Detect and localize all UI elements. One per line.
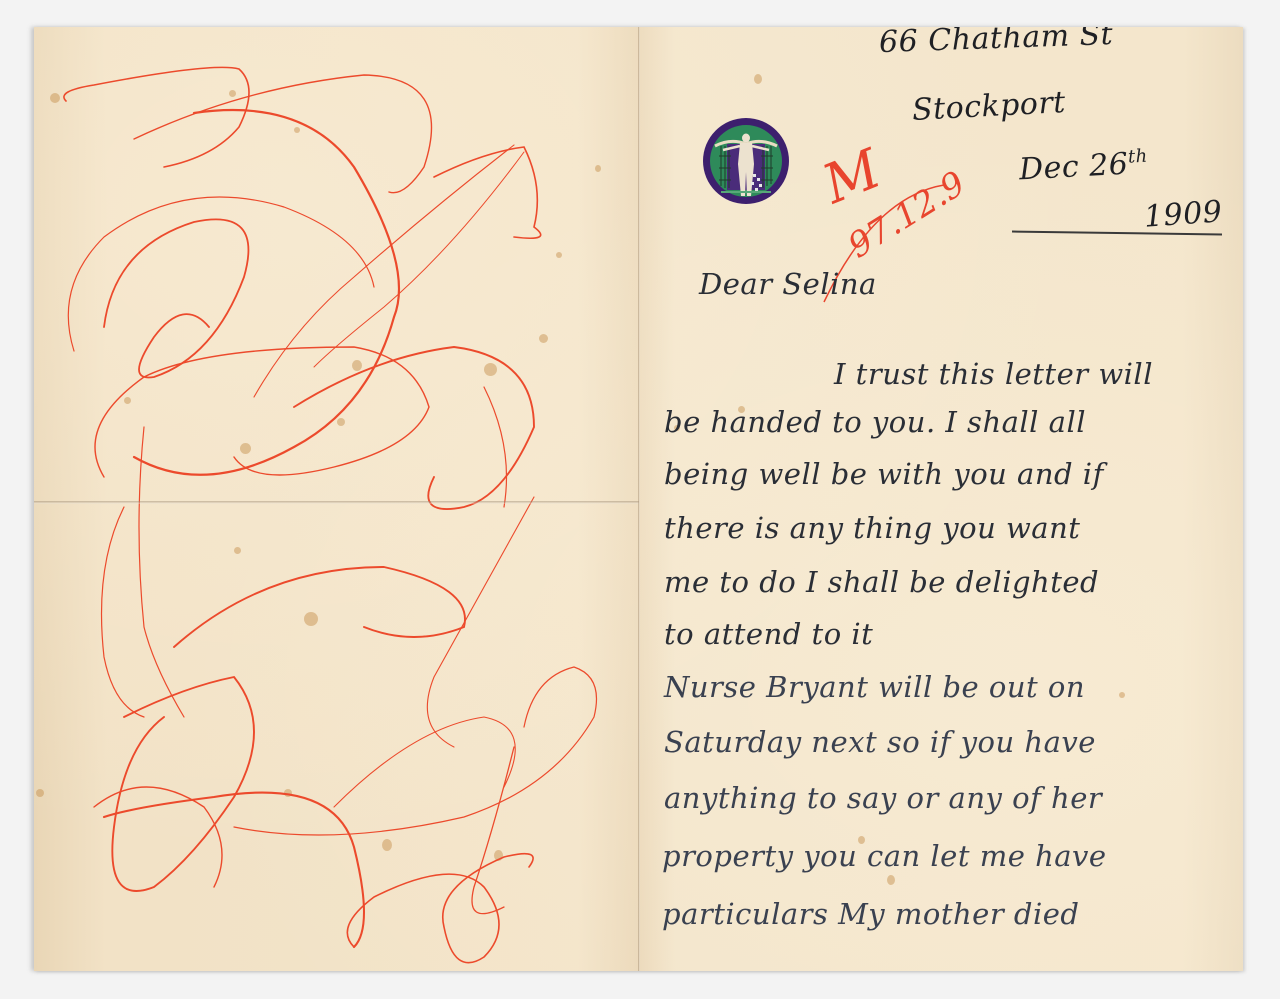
letter-date: Dec 26th bbox=[1018, 146, 1149, 188]
red-scribble-drawing bbox=[34, 27, 639, 971]
body-line: being well be with you and if bbox=[664, 457, 1104, 491]
body-line: to attend to it bbox=[664, 617, 873, 651]
left-page bbox=[34, 27, 639, 971]
letter-date-suffix: th bbox=[1127, 146, 1148, 168]
document-viewer: 66 Chatham St Stockport Dec 26th 1909 M … bbox=[0, 0, 1280, 999]
body-line: Nurse Bryant will be out on bbox=[664, 670, 1085, 704]
suffragette-emblem-icon bbox=[701, 116, 791, 206]
body-line: there is any thing you want bbox=[664, 511, 1080, 545]
salutation: Dear Selina bbox=[699, 267, 877, 301]
body-line: I trust this letter will bbox=[834, 357, 1153, 391]
letter-year: 1909 bbox=[1143, 194, 1224, 234]
letter-sheet: 66 Chatham St Stockport Dec 26th 1909 M … bbox=[34, 27, 1243, 971]
body-line: me to do I shall be delighted bbox=[664, 565, 1099, 599]
body-line: anything to say or any of her bbox=[664, 781, 1102, 815]
body-line: Saturday next so if you have bbox=[664, 725, 1096, 759]
letter-date-day: Dec 26 bbox=[1018, 147, 1129, 188]
body-line: be handed to you. I shall all bbox=[664, 405, 1086, 439]
body-line: particulars My mother died bbox=[662, 897, 1080, 931]
horizontal-fold-crease bbox=[34, 501, 639, 504]
body-line: property you can let me have bbox=[662, 839, 1107, 873]
